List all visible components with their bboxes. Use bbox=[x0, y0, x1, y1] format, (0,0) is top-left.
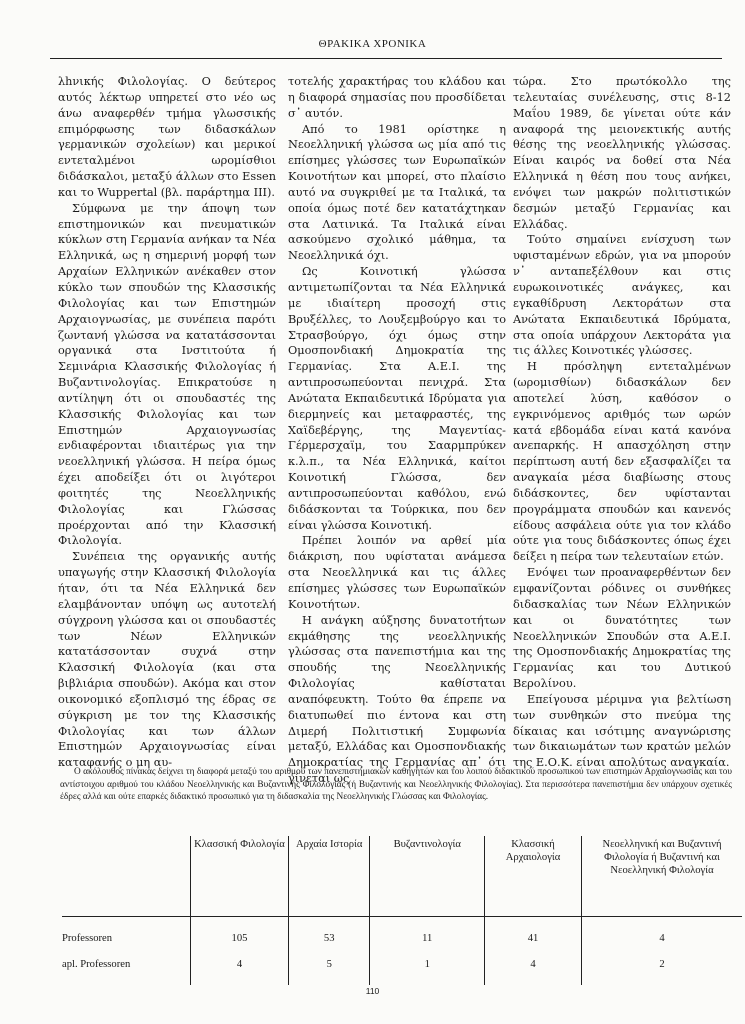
table-header-cell: Νεοελληνική και Βυζαντινή Φιλολογία ή Βυ… bbox=[582, 836, 743, 917]
paragraph: Η πρόσληψη εντεταλμένων (ωρομισθίων) διδ… bbox=[513, 359, 731, 565]
table-cell: 1 bbox=[370, 953, 485, 985]
paragraph: Συνέπεια της οργανικής αυτής υπαγωγής στ… bbox=[58, 549, 276, 771]
paragraph: τώρα. Στο πρωτόκολλο της τελευταίας συνέ… bbox=[513, 74, 731, 232]
text-column-3: τώρα. Στο πρωτόκολλο της τελευταίας συνέ… bbox=[513, 74, 731, 771]
table-cell: 53 bbox=[288, 917, 370, 954]
table-cell: 2 bbox=[582, 953, 743, 985]
row-label: Professoren bbox=[62, 917, 190, 954]
table-cell: 4 bbox=[485, 953, 582, 985]
table-cell: 105 bbox=[190, 917, 288, 954]
table-row: apl. Professoren 4 5 1 4 2 bbox=[62, 953, 742, 985]
table-intro-note: Ο ακόλουθος πίνακας δείχνει τη διαφορά μ… bbox=[60, 766, 732, 804]
table-header-cell: Βυζαντινολογία bbox=[370, 836, 485, 917]
paragraph: Επείγουσα μέριμνα για βελτίωση των συνθη… bbox=[513, 692, 731, 771]
paragraph: Η ανάγκη αύξησης δυνατοτήτων εκμάθησης τ… bbox=[288, 613, 506, 787]
table-row: Professoren 105 53 11 41 4 bbox=[62, 917, 742, 954]
text-column-1: λhνικής Φιλολογίας. Ο δεύτερος αυτός λέκ… bbox=[58, 74, 276, 771]
running-header-title: ΘΡΑΚΙΚΑ ΧΡΟΝΙΚΑ bbox=[0, 38, 745, 50]
table-header-cell: Κλασσική Αρχαιολογία bbox=[485, 836, 582, 917]
table-header-corner bbox=[62, 836, 190, 917]
paragraph: λhνικής Φιλολογίας. Ο δεύτερος αυτός λέκ… bbox=[58, 74, 276, 201]
paragraph: τοτελής χαρακτήρας του κλάδου και η διαφ… bbox=[288, 74, 506, 122]
table-cell: 5 bbox=[288, 953, 370, 985]
table-cell: 4 bbox=[582, 917, 743, 954]
table-cell: 4 bbox=[190, 953, 288, 985]
paragraph: Από το 1981 ορίστηκε η Νεοελληνική γλώσσ… bbox=[288, 122, 506, 265]
table-cell: 11 bbox=[370, 917, 485, 954]
paragraph: Ως Κοινοτική γλώσσα αντιμετωπίζονται τα … bbox=[288, 264, 506, 533]
paragraph: Ενόψει των προαναφερθέντων δεν εμφανίζον… bbox=[513, 565, 731, 692]
table-cell: 41 bbox=[485, 917, 582, 954]
row-label: apl. Professoren bbox=[62, 953, 190, 985]
paragraph: Τούτο σημαίνει ενίσχυση των υφισταμένων … bbox=[513, 232, 731, 359]
header-rule bbox=[50, 58, 722, 59]
text-column-2: τοτελής χαρακτήρας του κλάδου και η διαφ… bbox=[288, 74, 506, 787]
paragraph: Σύμφωνα με την άποψη των επιστημονικών κ… bbox=[58, 201, 276, 550]
table-header-cell: Κλασσική Φιλολογία bbox=[190, 836, 288, 917]
table-header-cell: Αρχαία Ιστορία bbox=[288, 836, 370, 917]
table-note-text: Ο ακόλουθος πίνακας δείχνει τη διαφορά μ… bbox=[60, 766, 732, 804]
table-header-row: Κλασσική Φιλολογία Αρχαία Ιστορία Βυζαντ… bbox=[62, 836, 742, 917]
paragraph: Πρέπει λοιπόν να αρθεί μία διάκριση, που… bbox=[288, 533, 506, 612]
page-number: 110 bbox=[0, 986, 745, 996]
faculty-count-table: Κλασσική Φιλολογία Αρχαία Ιστορία Βυζαντ… bbox=[62, 836, 742, 985]
